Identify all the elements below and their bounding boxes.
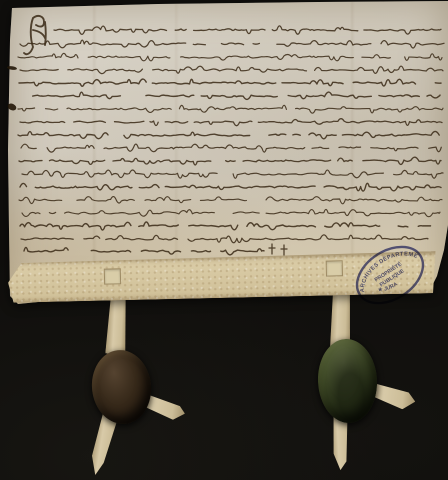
charter-photograph: Photograph of a medieval Latin charter w… [0,0,448,480]
tag-slit-right [326,260,343,276]
parchment-wrap [0,0,448,480]
tag-slit-left [104,268,121,284]
